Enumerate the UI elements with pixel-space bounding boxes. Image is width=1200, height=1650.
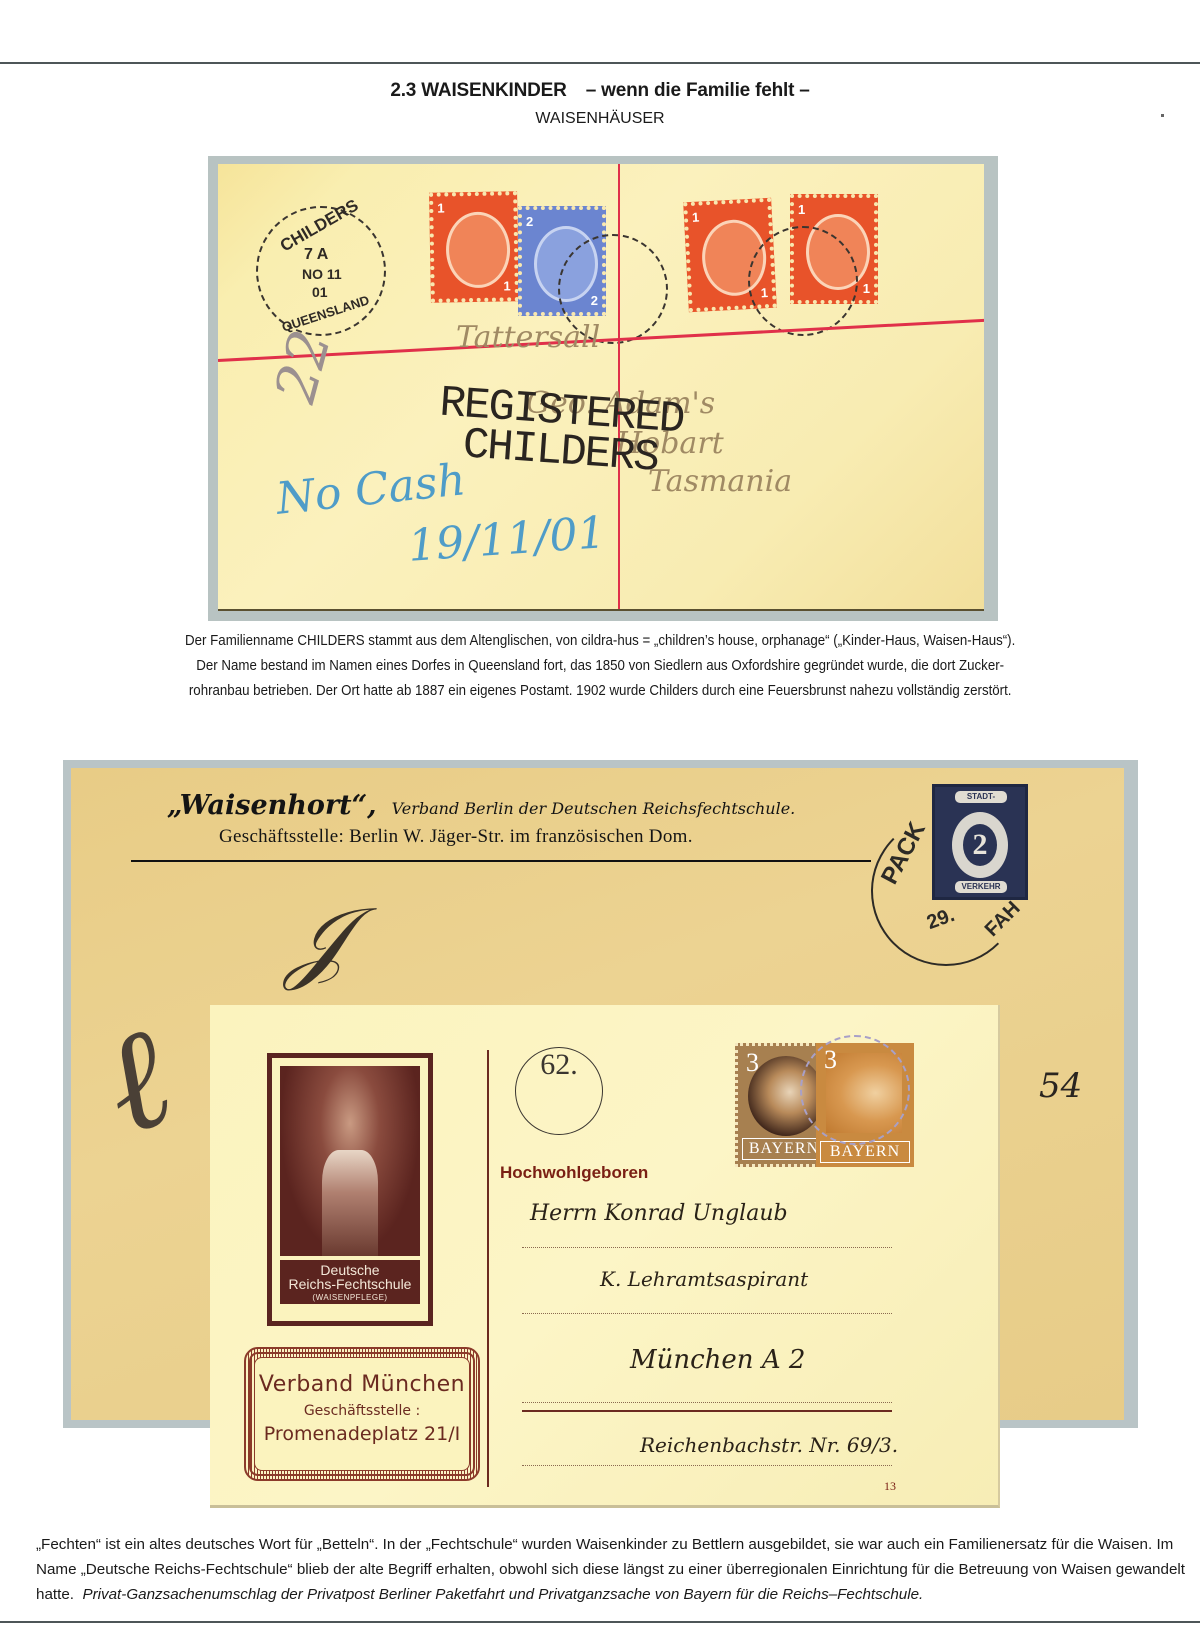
envelope-rule: [131, 860, 871, 862]
addressee-line: Tattersall: [456, 320, 600, 355]
page-subtitle: WAISENHÄUSER: [0, 110, 1200, 128]
handwriting-number: 54: [1039, 1066, 1082, 1106]
exhibit1-caption: Der Familienname CHILDERS stammt aus dem…: [58, 629, 1142, 704]
vignette-label: Deutsche Reichs-Fechtschule (WAISENPFLEG…: [280, 1260, 420, 1304]
card-divider: [487, 1050, 489, 1487]
stamp-one-penny: 1 1: [429, 191, 519, 303]
registration-circle: 62.: [515, 1047, 603, 1135]
page-title: 2.3 WAISENKINDER – wenn die Familie fehl…: [0, 80, 1200, 102]
section-title: WAISENKINDER: [421, 80, 566, 101]
envelope-header: „Waisenhort“, Verband Berlin der Deutsch…: [167, 790, 795, 821]
handwriting-flourish: 𝒥: [286, 888, 348, 994]
postmark-year: 01: [312, 284, 328, 300]
munich-postmark: [800, 1035, 910, 1145]
cover-paper: CHILDERS 7 A NO 11 01 QUEENSLAND 1 1 2 2…: [218, 164, 984, 611]
boy-with-hat-image: [280, 1066, 420, 1256]
fechtschule-vignette: Deutsche Reichs-Fechtschule (WAISENPFLEG…: [267, 1053, 433, 1326]
address-line: München A 2: [630, 1345, 805, 1375]
card-number: 13: [884, 1479, 896, 1494]
address-line: Herrn Konrad Unglaub: [530, 1201, 788, 1226]
bottom-rule: [0, 1621, 1200, 1623]
top-rule: [0, 62, 1200, 64]
verband-name: Verband München: [255, 1372, 469, 1397]
scan-speck: [1161, 114, 1164, 117]
salutation: Hochwohlgeboren: [500, 1163, 648, 1183]
exhibit-bavarian-postcard: Deutsche Reichs-Fechtschule (WAISENPFLEG…: [210, 1005, 1000, 1508]
address-line: K. Lehramtsaspirant: [600, 1267, 808, 1291]
envelope-association: Verband Berlin der Deutschen Reichsfecht…: [392, 799, 796, 818]
verband-office-label: Geschäftsstelle :: [255, 1403, 469, 1419]
postmark-date: NO 11: [302, 266, 342, 282]
pack-postmark: [871, 816, 1021, 966]
verband-muenchen-box: Verband München Geschäftsstelle : Promen…: [244, 1347, 480, 1481]
exhibit2-caption-italic: Privat-Ganzsachenumschlag der Privatpost…: [82, 1586, 923, 1603]
section-title-suffix: – wenn die Familie fehlt –: [586, 80, 810, 101]
blue-note: No Cash: [274, 454, 468, 525]
envelope-title: „Waisenhort“,: [167, 790, 377, 821]
blue-note-date: 19/11/01: [406, 507, 607, 572]
cancel-postmark: [748, 226, 858, 336]
exhibit-queensland-cover: CHILDERS 7 A NO 11 01 QUEENSLAND 1 1 2 2…: [208, 156, 998, 621]
envelope-office-address: Geschäftsstelle: Berlin W. Jäger-Str. im…: [219, 826, 693, 848]
postmark-time: 7 A: [304, 246, 328, 264]
section-number: 2.3: [390, 80, 416, 101]
registration-number: 22: [263, 324, 344, 410]
exhibit2-caption: „Fechten“ ist ein altes deutsches Wort f…: [36, 1532, 1186, 1607]
registered-childers-stamp: REGISTERED CHILDERS: [436, 384, 685, 481]
verband-address: Promenadeplatz 21/I: [255, 1423, 469, 1445]
address-line: Reichenbachstr. Nr. 69/3.: [640, 1433, 898, 1457]
handwriting-flourish: ℓ: [81, 995, 192, 1168]
